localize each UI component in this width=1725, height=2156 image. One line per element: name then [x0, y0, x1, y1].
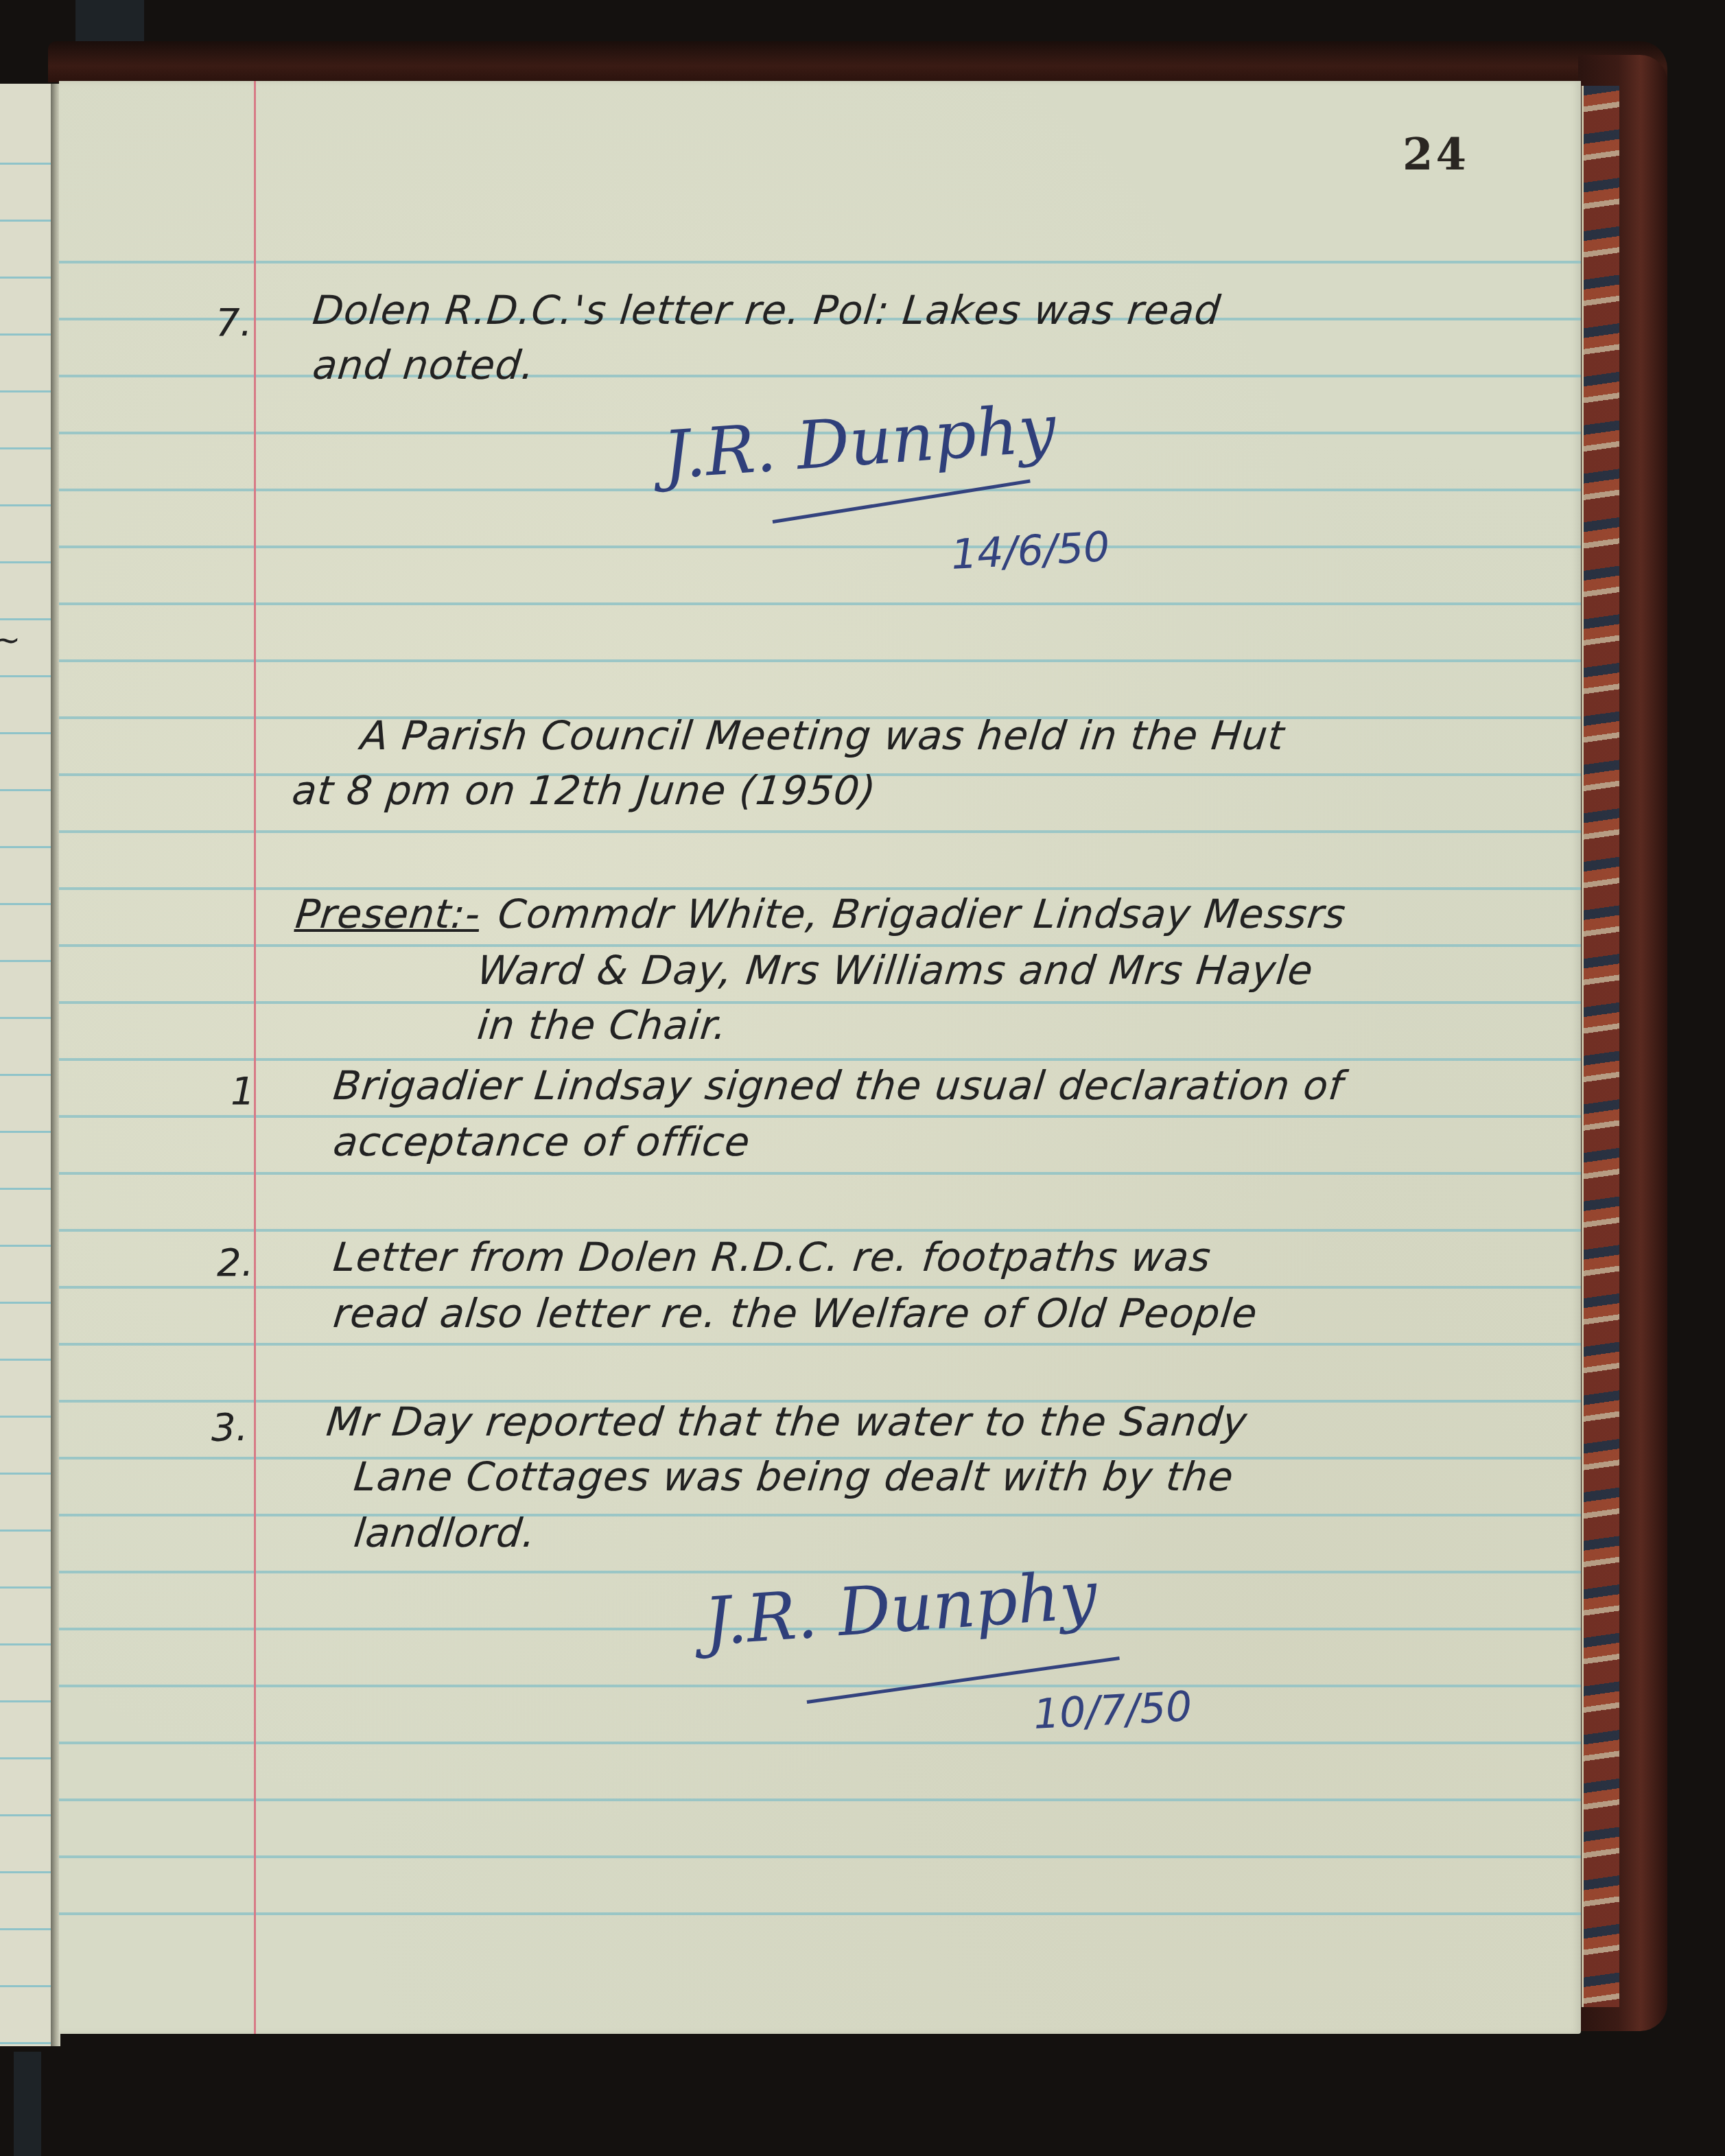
rule-line [59, 1514, 1581, 1516]
rule-line [59, 1058, 1581, 1061]
rule-line [59, 1115, 1581, 1118]
item-number: 7. [215, 301, 252, 345]
rule-line [59, 546, 1581, 548]
rule-line [59, 1685, 1581, 1687]
rule-line [59, 375, 1581, 377]
item-number: 1 [231, 1069, 255, 1114]
item-line: landlord. [351, 1510, 538, 1556]
item-line: Mr Day reported that the water to the Sa… [324, 1398, 1249, 1445]
item-line: read also letter re. the Welfare of Old … [331, 1290, 1260, 1337]
rule-line [59, 1912, 1581, 1915]
handwritten-line: Dolen R.D.C.'s letter re. Pol: Lakes was… [310, 287, 1223, 333]
signature-date: 10/7/50 [1032, 1683, 1193, 1739]
rule-line [59, 1172, 1581, 1175]
notebook-page: 24 7. Dolen R.D.C.'s letter re. Pol: Lak… [59, 81, 1581, 2034]
handwritten-line: and noted. [310, 342, 537, 388]
item-line: Letter from Dolen R.D.C. re. footpaths w… [331, 1234, 1213, 1280]
left-page-fragment-text: ∼ [0, 621, 23, 659]
rule-line [59, 489, 1581, 491]
margin-line [254, 81, 256, 2034]
item-line: Brigadier Lindsay signed the usual decla… [331, 1062, 1346, 1109]
rule-line [59, 1798, 1581, 1801]
rule-line [59, 1229, 1581, 1232]
page-number: 24 [1403, 129, 1469, 180]
item-number: 2. [217, 1241, 253, 1285]
rule-line [59, 1742, 1581, 1744]
meeting-intro-line: A Parish Council Meeting was held in the… [358, 712, 1287, 759]
present-line: in the Chair. [475, 1002, 729, 1048]
rule-line [59, 602, 1581, 605]
rule-line [59, 1286, 1581, 1289]
rule-line [59, 830, 1581, 833]
item-number: 3. [211, 1405, 248, 1450]
present-line: Commdr White, Brigadier Lindsay Messrs [495, 891, 1348, 937]
meeting-intro-line: at 8 pm on 12th June (1950) [290, 767, 878, 814]
left-page-fragment [0, 84, 51, 2046]
marbled-fore-edge [1582, 86, 1619, 2007]
signature: J.R. Dunphy [661, 390, 1058, 494]
present-line: Ward & Day, Mrs Williams and Mrs Hayle [475, 947, 1315, 994]
rule-line [59, 659, 1581, 662]
present-label: Present:- [293, 891, 483, 937]
rule-line [59, 1343, 1581, 1346]
rule-line [59, 887, 1581, 890]
book-cover-top [48, 41, 1667, 82]
rule-line [59, 261, 1581, 263]
rule-line [59, 1571, 1581, 1573]
item-line: acceptance of office [331, 1118, 752, 1165]
signature-date: 14/6/50 [950, 523, 1111, 579]
item-line: Lane Cottages was being dealt with by th… [351, 1453, 1236, 1500]
signature-underline [773, 480, 1031, 524]
rule-line [59, 1855, 1581, 1858]
binding-strip [14, 2052, 41, 2156]
rule-line [59, 1001, 1581, 1004]
